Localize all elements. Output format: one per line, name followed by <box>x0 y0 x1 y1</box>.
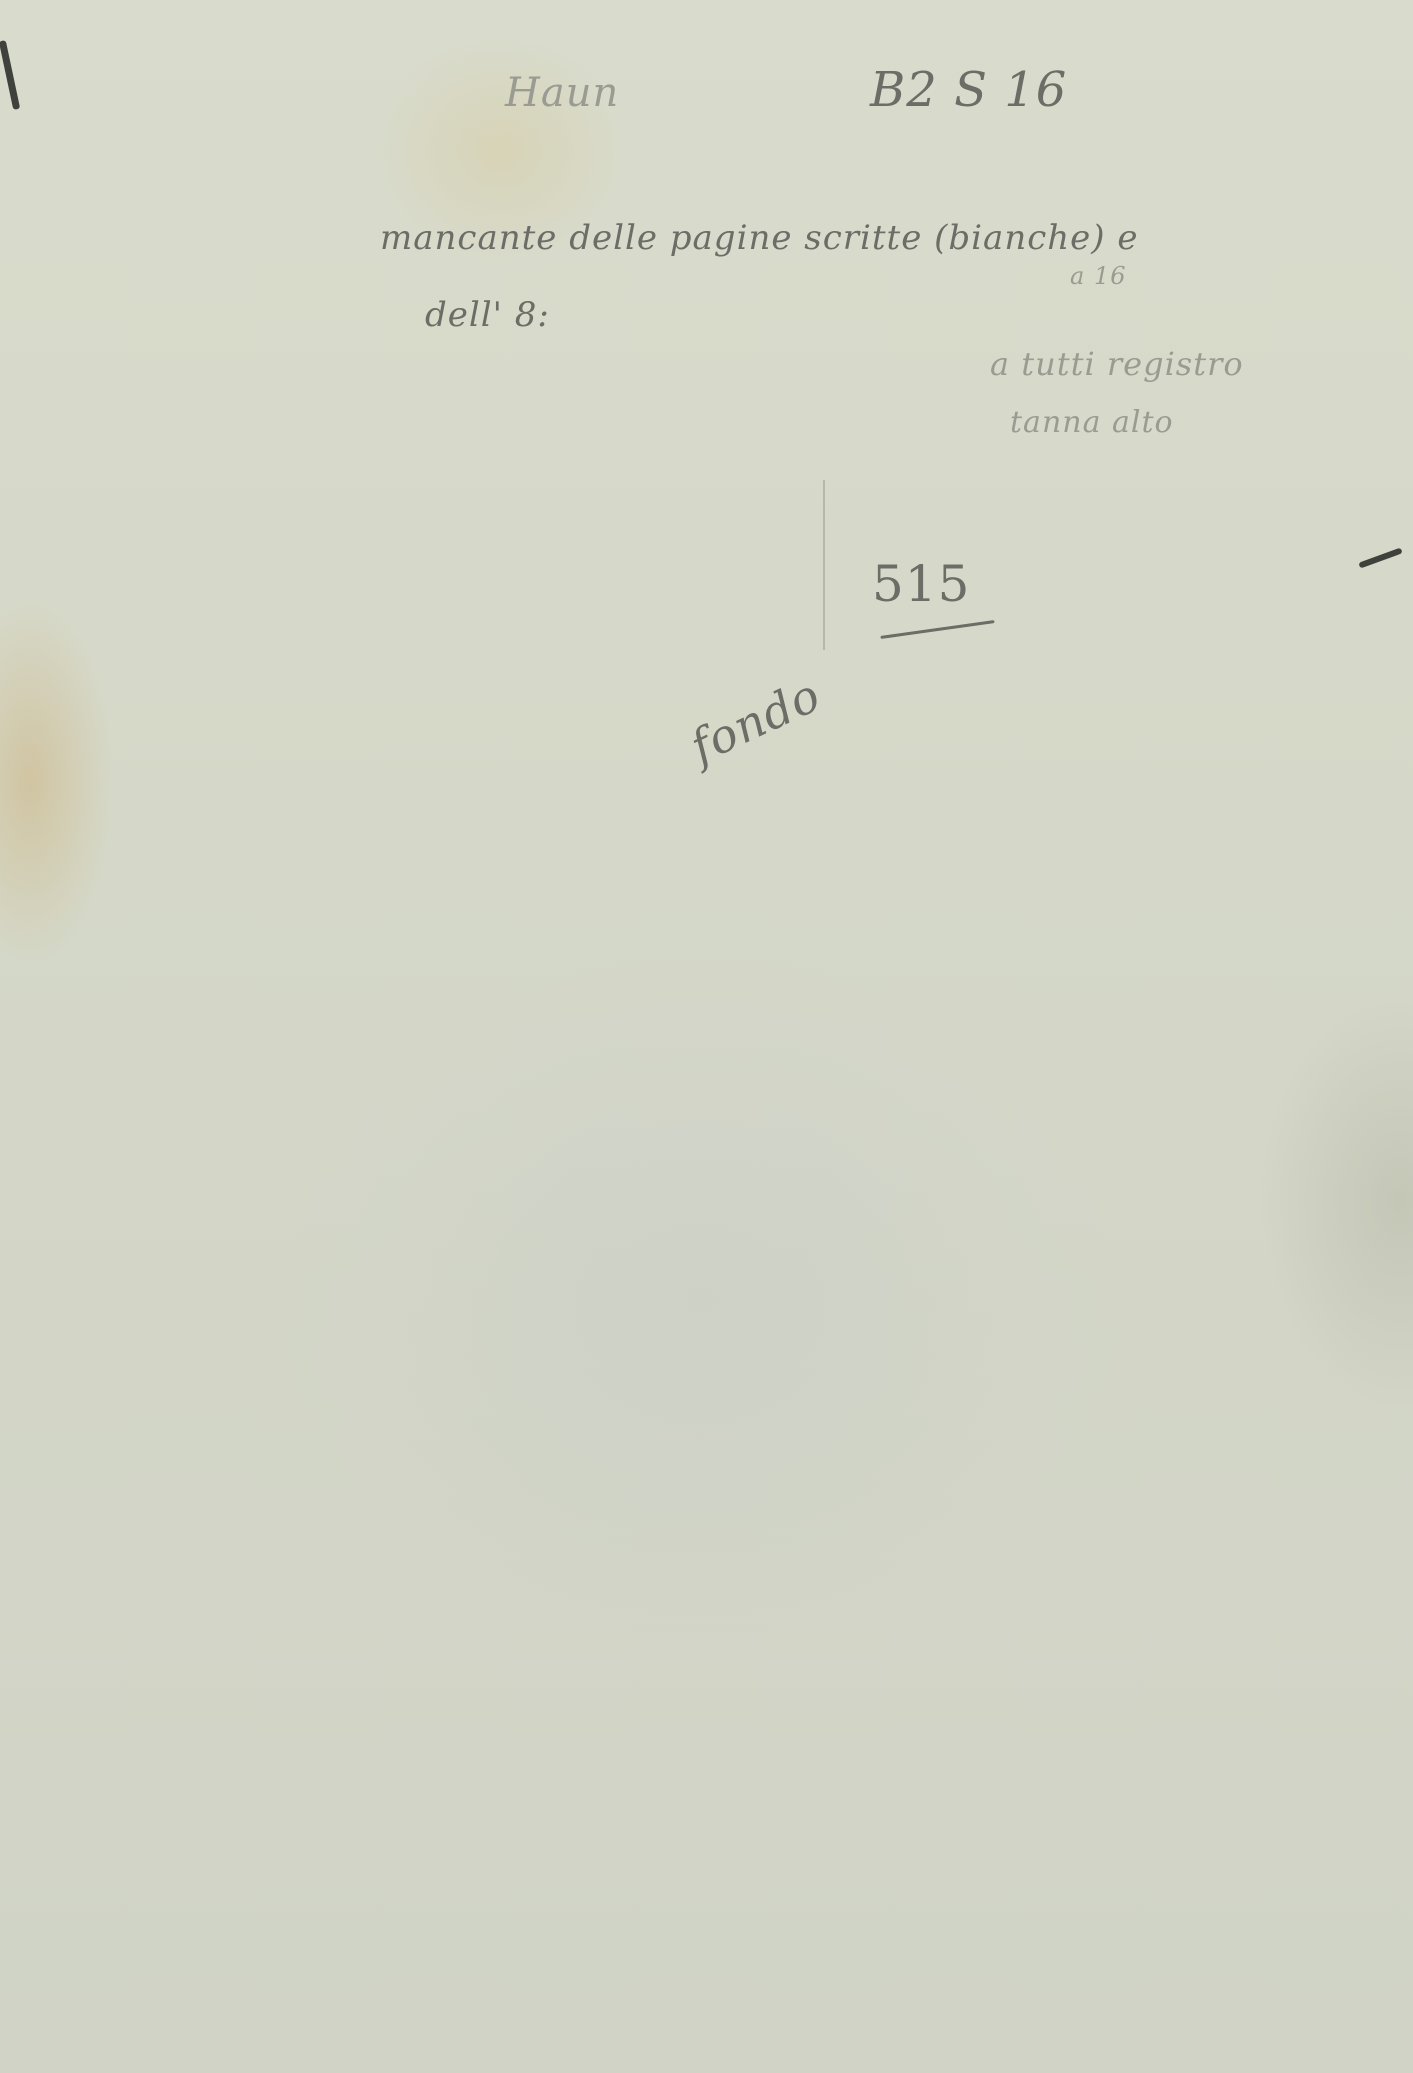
shelfmark: B2 S 16 <box>870 62 1067 118</box>
edge-mark-left <box>0 40 20 110</box>
note-top-left: Haun <box>505 70 619 116</box>
number-515: 515 <box>872 555 970 613</box>
note-line-2: dell' 8: <box>425 295 550 335</box>
faint-bracket <box>823 480 825 650</box>
note-line-1: mancante delle pagine scritte (bianche) … <box>380 218 1138 258</box>
number-underline <box>880 620 994 639</box>
note-right-2: a tutti registro <box>990 345 1244 383</box>
edge-mark-right <box>1358 547 1402 568</box>
document-page: Haun B2 S 16 mancante delle pagine scrit… <box>0 0 1413 2073</box>
note-fondo: fondo <box>682 667 829 774</box>
note-right-1: a 16 <box>1070 262 1126 290</box>
note-right-3: tanna alto <box>1010 405 1174 440</box>
